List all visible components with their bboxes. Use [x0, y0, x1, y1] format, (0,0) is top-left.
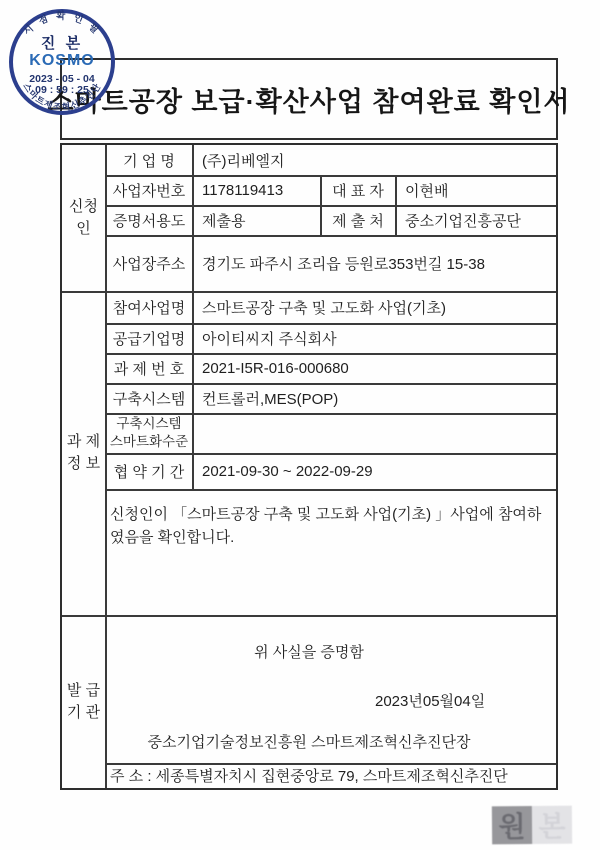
- value-certificate-usage: 제출용: [193, 205, 320, 235]
- watermark-char-right: 본: [532, 806, 572, 844]
- label-workplace-address: 사업장주소: [106, 235, 192, 291]
- label-submit-to: 제 출 처: [321, 205, 395, 235]
- certify-text: 위 사실을 증명함: [62, 641, 556, 662]
- value-agreement-period: 2021-09-30 ~ 2022-09-29: [193, 453, 556, 489]
- value-workplace-address: 경기도 파주시 조리읍 등원로353번길 15-38: [193, 235, 556, 291]
- verification-stamp: 시 점 확 인 필 진 본 KOSMO 2023 - 05 - 04 09 : …: [5, 5, 119, 119]
- value-smart-level: [193, 413, 556, 453]
- label-business-number: 사업자번호: [106, 175, 192, 205]
- label-company-name: 기 업 명: [106, 145, 192, 175]
- label-supplier-name: 공급기업명: [106, 323, 192, 353]
- label-certificate-usage: 증명서용도: [106, 205, 192, 235]
- stamp-time: 09 : 59 : 25: [35, 84, 89, 96]
- group-label-project: 과 제 정 보: [62, 291, 105, 615]
- value-built-system: 컨트롤러,MES(POP): [193, 383, 556, 413]
- certificate-document: 스마트공장 보급·확산사업 참여완료 확인서 신청인 과 제 정 보 발 급 기…: [0, 0, 600, 850]
- label-agreement-period: 협 약 기 간: [106, 453, 192, 489]
- grid-line: [62, 615, 556, 617]
- value-business-number: 1178119413: [193, 175, 320, 205]
- value-submit-to: 중소기업진흥공단: [396, 205, 556, 235]
- certificate-table: 신청인 과 제 정 보 발 급 기 관 기 업 명 (주)리베엘지 사업자번호 …: [60, 143, 558, 790]
- label-ceo: 대 표 자: [321, 175, 395, 205]
- value-company-name: (주)리베엘지: [193, 145, 556, 175]
- stamp-original-label: 진 본: [41, 34, 83, 52]
- issue-date: 2023년05월04일: [375, 690, 485, 711]
- value-project-name: 스마트공장 구축 및 고도화 사업(기초): [193, 291, 556, 323]
- value-ceo: 이현배: [396, 175, 556, 205]
- label-smart-level: 구축시스템 스마트화수준: [106, 413, 192, 453]
- label-built-system: 구축시스템: [106, 383, 192, 413]
- issuer-address: 주 소 : 세종특별자치시 집현중앙로 79, 스마트제조혁신추진단: [106, 763, 556, 788]
- confirmation-statement: 신청인이 「스마트공장 구축 및 고도화 사업(기초) 」사업에 참여하였음을 …: [106, 489, 556, 615]
- stamp-kosmo-logo: KOSMO: [29, 52, 94, 69]
- value-task-number: 2021-I5R-016-000680: [193, 353, 556, 383]
- label-task-number: 과 제 번 호: [106, 353, 192, 383]
- issuer-org-name: 중소기업기술정보진흥원 스마트제조혁신추진단장: [62, 731, 556, 752]
- value-supplier-name: 아이티씨지 주식회사: [193, 323, 556, 353]
- stamp-arc-top-text: 시 점 확 인 필: [21, 10, 103, 38]
- group-label-applicant: 신청인: [62, 145, 105, 291]
- original-watermark: 원 본: [492, 806, 572, 845]
- title-box: 스마트공장 보급·확산사업 참여완료 확인서: [60, 58, 558, 140]
- label-project-name: 참여사업명: [106, 291, 192, 323]
- page-title: 스마트공장 보급·확산사업 참여완료 확인서: [48, 80, 571, 119]
- watermark-char-left: 원: [492, 806, 532, 844]
